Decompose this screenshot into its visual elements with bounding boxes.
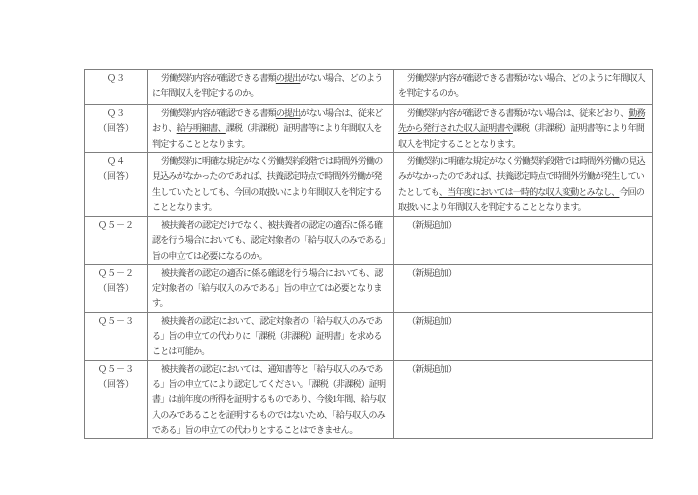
new-text-cell-text: （新規追加） — [398, 314, 648, 329]
old-text-cell-text: 労働契約内容が確認できる書類の提出がない場合、どのように年間収入を判定するのか。 — [152, 71, 389, 102]
question-number-line: （回答） — [89, 377, 143, 392]
qa-table-body: Ｑ３労働契約内容が確認できる書類の提出がない場合、どのように年間収入を判定するの… — [85, 70, 653, 439]
old-text-cell: 被扶養者の認定においては、通知書等と「給与収入のみである」旨の申立てにより認定し… — [148, 360, 394, 438]
document-page: Ｑ３労働契約内容が確認できる書類の提出がない場合、どのように年間収入を判定するの… — [0, 0, 698, 495]
underlined-text-segment: の提出 — [276, 108, 301, 118]
question-number-cell: Ｑ４（回答） — [85, 153, 148, 217]
old-text-cell: 被扶養者の認定の適否に係る確認を行う場合においても、認定対象者の「給与収入のみで… — [148, 264, 394, 312]
text-segment: 労働契約内容が確認できる書類 — [161, 108, 276, 118]
question-number-cell: Ｑ３ — [85, 70, 148, 105]
table-row: Ｑ５－２（回答）被扶養者の認定の適否に係る確認を行う場合においても、認定対象者の… — [85, 264, 653, 312]
text-segment: 労働契約に明確な規定がなく労働契約段階では時間外労働の見込みがなかったのであれば… — [152, 156, 382, 212]
old-text-cell-text: 被扶養者の認定だけでなく、被扶養者の認定の適否に係る確認を行う場合においても、認… — [152, 218, 389, 264]
table-row: Ｑ３（回答）労働契約内容が確認できる書類の提出がない場合は、従来どおり、給与明細… — [85, 105, 653, 153]
text-segment: 被扶養者の認定の適否に係る確認を行う場合においても、認定対象者の「給与収入のみで… — [152, 268, 382, 309]
question-number-line: Ｑ４ — [89, 154, 143, 169]
old-text-cell: 労働契約内容が確認できる書類の提出がない場合は、従来どおり、給与明細書、課税（非… — [148, 105, 394, 153]
old-text-cell-text: 被扶養者の認定においては、通知書等と「給与収入のみである」旨の申立てにより認定し… — [152, 362, 389, 438]
old-text-cell: 被扶養者の認定だけでなく、被扶養者の認定の適否に係る確認を行う場合においても、認… — [148, 217, 394, 265]
new-text-cell-text: 労働契約内容が確認できる書類がない場合、どのように年間収入を判定するのか。 — [398, 71, 648, 102]
underlined-text-segment: の提出 — [276, 73, 301, 83]
qa-comparison-table: Ｑ３労働契約内容が確認できる書類の提出がない場合、どのように年間収入を判定するの… — [84, 69, 653, 439]
old-text-cell: 被扶養者の認定において、認定対象者の「給与収入のみである」旨の申立ての代わりに「… — [148, 312, 394, 360]
old-text-cell-text: 労働契約に明確な規定がなく労働契約段階では時間外労働の見込みがなかったのであれば… — [152, 154, 389, 215]
table-row: Ｑ５－３被扶養者の認定において、認定対象者の「給与収入のみである」旨の申立ての代… — [85, 312, 653, 360]
text-segment: 被扶養者の認定においては、通知書等と「給与収入のみである」旨の申立てにより認定し… — [152, 364, 385, 435]
question-number-line: Ｑ５－２ — [89, 266, 143, 281]
text-segment: 労働契約内容が確認できる書類 — [161, 73, 276, 83]
question-number-cell: Ｑ５－２（回答） — [85, 264, 148, 312]
old-text-cell: 労働契約内容が確認できる書類の提出がない場合、どのように年間収入を判定するのか。 — [148, 70, 394, 105]
new-text-cell-text: 労働契約内容が確認できる書類がない場合は、従来どおり、勤務先から発行された収入証… — [398, 106, 648, 152]
text-segment: （新規追加） — [407, 364, 456, 374]
old-text-cell: 労働契約に明確な規定がなく労働契約段階では時間外労働の見込みがなかったのであれば… — [148, 153, 394, 217]
question-number-line: Ｑ５－３ — [89, 314, 143, 329]
table-row: Ｑ５－２被扶養者の認定だけでなく、被扶養者の認定の適否に係る確認を行う場合におい… — [85, 217, 653, 265]
new-text-cell: （新規追加） — [394, 264, 653, 312]
new-text-cell-text: （新規追加） — [398, 362, 648, 377]
text-segment: 被扶養者の認定において、認定対象者の「給与収入のみである」旨の申立ての代わりに「… — [152, 316, 382, 357]
new-text-cell: 労働契約内容が確認できる書類がない場合は、従来どおり、勤務先から発行された収入証… — [394, 105, 653, 153]
new-text-cell: （新規追加） — [394, 312, 653, 360]
old-text-cell-text: 被扶養者の認定において、認定対象者の「給与収入のみである」旨の申立ての代わりに「… — [152, 314, 389, 360]
text-segment: 労働契約内容が確認できる書類がない場合は、従来どおり、 — [407, 108, 628, 118]
new-text-cell: 労働契約に明確な規定がなく労働契約段階では時間外労働の見込みがなかったのであれば… — [394, 153, 653, 217]
question-number-line: Ｑ３ — [89, 71, 143, 86]
old-text-cell-text: 労働契約内容が確認できる書類の提出がない場合は、従来どおり、給与明細書、課税（非… — [152, 106, 389, 152]
question-number-cell: Ｑ３（回答） — [85, 105, 148, 153]
new-text-cell-text: （新規追加） — [398, 266, 648, 281]
text-segment: 労働契約内容が確認できる書類がない場合、どのように年間収入を判定するのか。 — [398, 73, 645, 98]
new-text-cell: （新規追加） — [394, 217, 653, 265]
new-text-cell-text: 労働契約に明確な規定がなく労働契約段階では時間外労働の見込みがなかったのであれば… — [398, 154, 648, 215]
old-text-cell-text: 被扶養者の認定の適否に係る確認を行う場合においても、認定対象者の「給与収入のみで… — [152, 266, 389, 312]
text-segment: （新規追加） — [407, 268, 456, 278]
table-row: Ｑ４（回答）労働契約に明確な規定がなく労働契約段階では時間外労働の見込みがなかっ… — [85, 153, 653, 217]
question-number-line: （回答） — [89, 169, 143, 184]
text-segment: 被扶養者の認定だけでなく、被扶養者の認定の適否に係る確認を行う場合においても、認… — [152, 220, 385, 261]
new-text-cell-text: （新規追加） — [398, 218, 648, 233]
text-segment: （新規追加） — [407, 316, 456, 326]
text-segment: （新規追加） — [407, 220, 456, 230]
question-number-cell: Ｑ５－３（回答） — [85, 360, 148, 438]
question-number-line: Ｑ５－２ — [89, 218, 143, 233]
question-number-line: Ｑ５－３ — [89, 362, 143, 377]
table-row: Ｑ５－３（回答）被扶養者の認定においては、通知書等と「給与収入のみである」旨の申… — [85, 360, 653, 438]
underlined-text-segment: 、当年度においては一時的な収入変動とみなし、 — [439, 187, 619, 197]
question-number-line: Ｑ３ — [89, 106, 143, 121]
question-number-cell: Ｑ５－３ — [85, 312, 148, 360]
question-number-line: （回答） — [89, 121, 143, 136]
new-text-cell: 労働契約内容が確認できる書類がない場合、どのように年間収入を判定するのか。 — [394, 70, 653, 105]
question-number-cell: Ｑ５－２ — [85, 217, 148, 265]
question-number-line: （回答） — [89, 281, 143, 296]
table-row: Ｑ３労働契約内容が確認できる書類の提出がない場合、どのように年間収入を判定するの… — [85, 70, 653, 105]
underlined-text-segment: 給与明細書、 — [177, 123, 226, 133]
new-text-cell: （新規追加） — [394, 360, 653, 438]
